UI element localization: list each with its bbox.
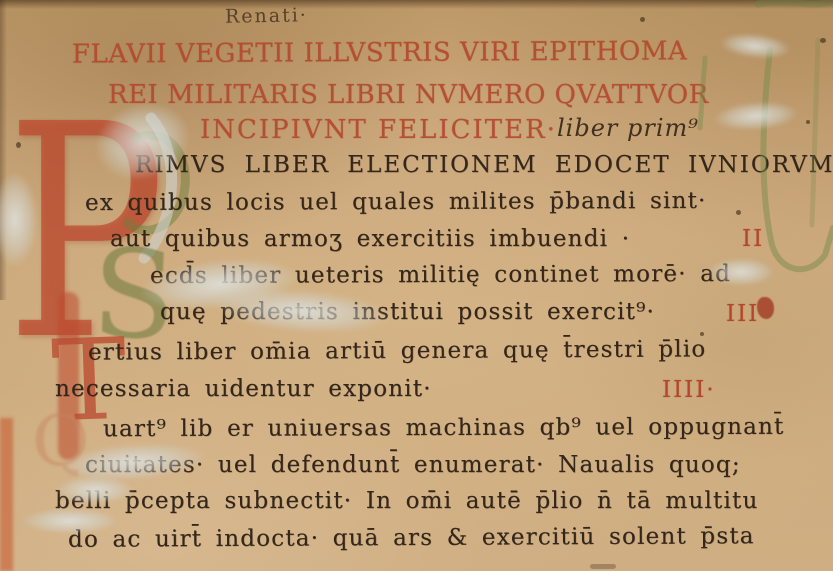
body-line-10: belli p̄cepta subnectit· In om̄i autē p̄…: [55, 488, 758, 514]
parchment-speck: [806, 120, 810, 124]
chapter-numeral-iiii: IIII·: [662, 377, 716, 403]
body-line-11: do ac uirt̄ indocta· quā ars & exercitiū…: [68, 523, 755, 553]
marginal-annotation: Renati·: [225, 4, 308, 27]
abrasion-smudge: [22, 508, 118, 534]
abrasion-smudge: [56, 476, 134, 504]
parchment-speck: [700, 332, 704, 336]
body-line-7: necessaria uidentur exponit·: [55, 376, 432, 402]
parchment-speck: [590, 564, 616, 569]
rubric-inline-note: liber prim⁹: [557, 114, 699, 142]
parchment-speck: [640, 17, 645, 22]
parchment-speck: [16, 142, 21, 148]
rubric-line-3: INCIPIVNT FELICITER·: [200, 115, 557, 145]
body-line-2: ex quibus locis uel quales milites p̄ban…: [85, 188, 707, 216]
parchment-speck: [820, 38, 826, 43]
body-line-8: uart⁹ lib er uniuersas machinas qb⁹ uel …: [103, 414, 785, 442]
rubric-line-2: REI MILITARIS LIBRI NVMERO QVATTVOR: [108, 80, 709, 110]
manuscript-page: Renati· FLAVII VEGETII ILLVSTRIS VIRI EP…: [0, 0, 833, 571]
body-line-3: aut quibus armoʒ exercitiis imbuendi ·: [110, 226, 630, 252]
abrasion-smudge: [214, 284, 392, 338]
abrasion-smudge: [708, 258, 774, 286]
initial-p-edge-strip: [0, 418, 13, 571]
body-line-6: ertius liber om̄ia artiū genera quę t̄re…: [88, 336, 707, 365]
parchment-speck: [736, 210, 741, 215]
